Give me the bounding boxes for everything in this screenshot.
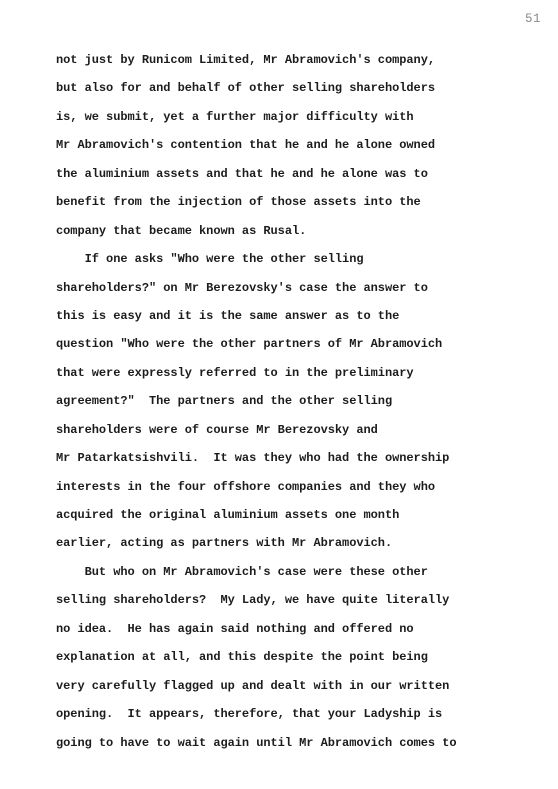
text-line: that were expressly referred to in the p… (56, 359, 526, 387)
text-line: opening. It appears, therefore, that you… (56, 700, 526, 728)
text-line: shareholders were of course Mr Berezovsk… (56, 416, 526, 444)
document-page: 51 not just by Runicom Limited, Mr Abram… (0, 0, 558, 789)
text-line: benefit from the injection of those asse… (56, 188, 526, 216)
text-line: acquired the original aluminium assets o… (56, 501, 526, 529)
page-number: 51 (525, 12, 541, 26)
text-line: shareholders?" on Mr Berezovsky's case t… (56, 274, 526, 302)
text-line: this is easy and it is the same answer a… (56, 302, 526, 330)
text-line: explanation at all, and this despite the… (56, 643, 526, 671)
text-line: no idea. He has again said nothing and o… (56, 615, 526, 643)
text-line: question "Who were the other partners of… (56, 330, 526, 358)
text-line: not just by Runicom Limited, Mr Abramovi… (56, 46, 526, 74)
text-line: If one asks "Who were the other selling (56, 245, 526, 273)
text-line: company that became known as Rusal. (56, 217, 526, 245)
text-line: Mr Abramovich's contention that he and h… (56, 131, 526, 159)
transcript-text: not just by Runicom Limited, Mr Abramovi… (56, 46, 526, 757)
text-line: but also for and behalf of other selling… (56, 74, 526, 102)
text-line: earlier, acting as partners with Mr Abra… (56, 529, 526, 557)
text-line: going to have to wait again until Mr Abr… (56, 729, 526, 757)
text-line: selling shareholders? My Lady, we have q… (56, 586, 526, 614)
text-line: interests in the four offshore companies… (56, 473, 526, 501)
text-line: Mr Patarkatsishvili. It was they who had… (56, 444, 526, 472)
text-line: is, we submit, yet a further major diffi… (56, 103, 526, 131)
text-line: the aluminium assets and that he and he … (56, 160, 526, 188)
text-line: agreement?" The partners and the other s… (56, 387, 526, 415)
text-line: very carefully flagged up and dealt with… (56, 672, 526, 700)
text-line: But who on Mr Abramovich's case were the… (56, 558, 526, 586)
